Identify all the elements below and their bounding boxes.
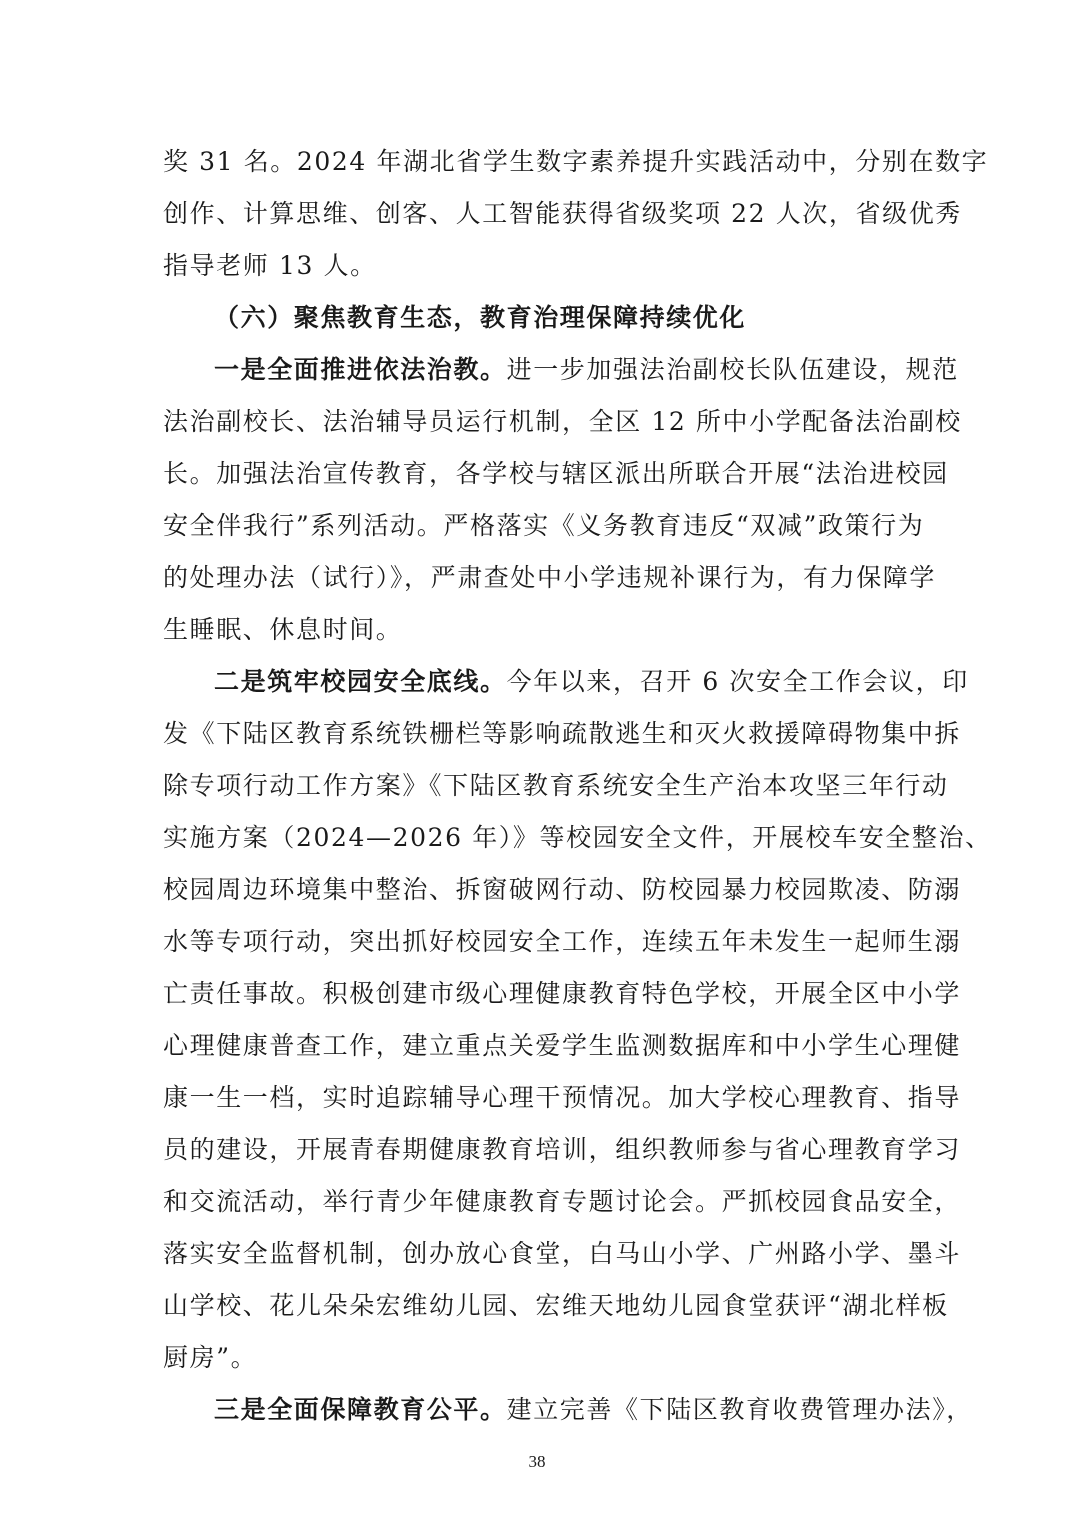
- text-line: 指导老师 13 人。: [163, 246, 911, 286]
- text-line: 安全伴我行”系列活动。严格落实《义务教育违反“双减”政策行为: [163, 506, 911, 546]
- paragraph-text: 进一步加强法治副校长队伍建设，规范: [507, 355, 959, 384]
- text-line: 的处理办法（试行）》，严肃查处中小学违规补课行为，有力保障学: [163, 558, 911, 598]
- paragraph-lead: 二是筑牢校园安全底线。: [214, 667, 507, 696]
- text-line: 康一生一档，实时追踪辅导心理干预情况。加大学校心理教育、指导: [163, 1078, 911, 1118]
- paragraph-lead: 三是全面保障教育公平。: [214, 1395, 507, 1424]
- paragraph-first-line: 三是全面保障教育公平。建立完善《下陆区教育收费管理办法》，: [214, 1390, 911, 1430]
- paragraph-text: 今年以来，召开 6 次安全工作会议，印: [507, 667, 969, 696]
- text-line: 落实安全监督机制，创办放心食堂，白马山小学、广州路小学、墨斗: [163, 1234, 911, 1274]
- paragraph-first-line: 一是全面推进依法治教。进一步加强法治副校长队伍建设，规范: [214, 350, 911, 390]
- text-line: 生睡眠、休息时间。: [163, 610, 911, 650]
- text-line: 法治副校长、法治辅导员运行机制，全区 12 所中小学配备法治副校: [163, 402, 911, 442]
- text-line: 除专项行动工作方案》《下陆区教育系统安全生产治本攻坚三年行动: [163, 766, 911, 806]
- text-line: 厨房”。: [163, 1338, 911, 1378]
- paragraph-lead: 一是全面推进依法治教。: [214, 355, 507, 384]
- section-heading: （六）聚焦教育生态，教育治理保障持续优化: [214, 298, 746, 338]
- text-line: 校园周边环境集中整治、拆窗破网行动、防校园暴力校园欺凌、防溺: [163, 870, 911, 910]
- paragraph-first-line: 二是筑牢校园安全底线。今年以来，召开 6 次安全工作会议，印: [214, 662, 911, 702]
- text-line: 员的建设，开展青春期健康教育培训，组织教师参与省心理教育学习: [163, 1130, 911, 1170]
- text-line: 和交流活动，举行青少年健康教育专题讨论会。严抓校园食品安全，: [163, 1182, 911, 1222]
- text-line: 发《下陆区教育系统铁栅栏等影响疏散逃生和灭火救援障碍物集中拆: [163, 714, 911, 754]
- text-line: 水等专项行动，突出抓好校园安全工作，连续五年未发生一起师生溺: [163, 922, 911, 962]
- page-number: 38: [0, 1450, 1074, 1474]
- text-line: 实施方案（2024—2026 年）》等校园安全文件，开展校车安全整治、: [163, 818, 911, 858]
- text-line: 奖 31 名。2024 年湖北省学生数字素养提升实践活动中，分别在数字: [163, 142, 911, 182]
- text-line: 山学校、花儿朵朵宏维幼儿园、宏维天地幼儿园食堂获评“湖北样板: [163, 1286, 911, 1326]
- text-line: 亡责任事故。积极创建市级心理健康教育特色学校，开展全区中小学: [163, 974, 911, 1014]
- paragraph-text: 建立完善《下陆区教育收费管理办法》，: [507, 1395, 973, 1424]
- text-line: 创作、计算思维、创客、人工智能获得省级奖项 22 人次，省级优秀: [163, 194, 911, 234]
- text-line: 长。加强法治宣传教育，各学校与辖区派出所联合开展“法治进校园: [163, 454, 911, 494]
- text-line: 心理健康普查工作，建立重点关爱学生监测数据库和中小学生心理健: [163, 1026, 911, 1066]
- document-page: 奖 31 名。2024 年湖北省学生数字素养提升实践活动中，分别在数字 创作、计…: [0, 0, 1074, 1520]
